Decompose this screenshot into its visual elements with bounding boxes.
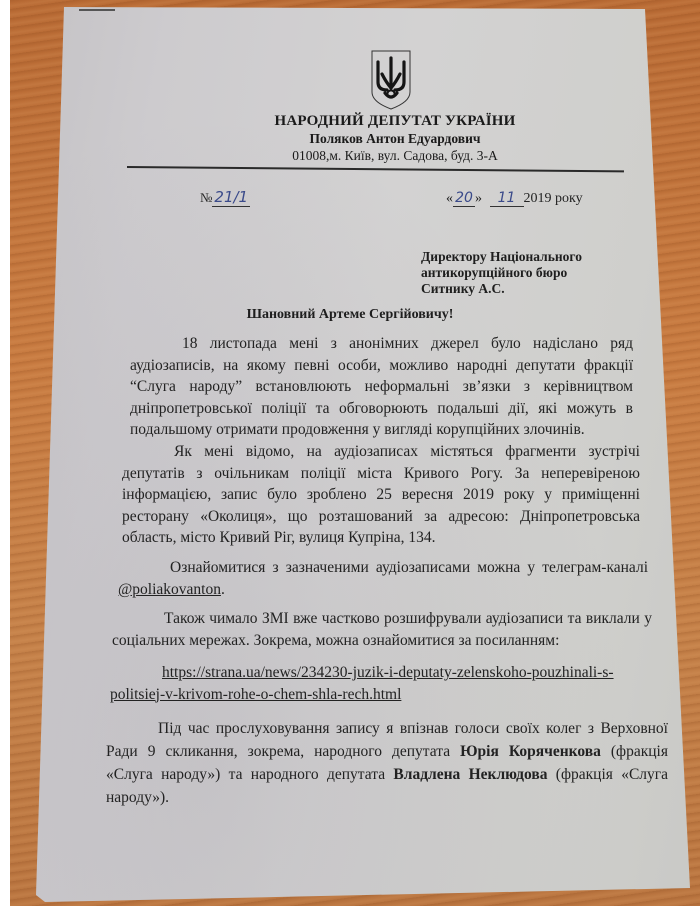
addressee-block: Директору Національного антикорупційного… — [421, 249, 582, 297]
paragraph-6: Під час прослуховування запису я впізнав… — [106, 717, 668, 809]
paragraph-1-text: 18 листопада мені з анонімних джерел бул… — [130, 335, 633, 438]
paragraph-3-text: Ознайомитися з зазначеними аудіозаписами… — [170, 559, 648, 576]
deputy-name-2: Владлена Неклюдова — [393, 766, 547, 783]
letterhead-address: 01008,м. Київ, вул. Садова, буд. 3-А — [180, 147, 610, 164]
date-close-quote: » — [475, 191, 482, 206]
date-year: 2019 року — [524, 191, 583, 206]
fold-mark — [79, 9, 115, 11]
trident-coat-of-arms-icon — [369, 48, 413, 111]
date-month: 11 — [490, 190, 524, 207]
paragraph-3-end: . — [221, 581, 225, 598]
letter-date: «20» 112019 року — [446, 190, 583, 207]
date-open-quote: « — [446, 191, 453, 206]
number-prefix: № — [200, 190, 212, 205]
paragraph-3: Ознайомитися з зазначеними аудіозаписами… — [118, 557, 648, 600]
letterhead: НАРОДНИЙ ДЕПУТАТ УКРАЇНИ Поляков Антон Е… — [180, 112, 610, 164]
addressee-line-2: антикорупційного бюро — [421, 265, 582, 281]
salutation: Шановний Артеме Сергійовичу! — [100, 307, 600, 323]
paragraph-1: 18 листопада мені з анонімних джерел бул… — [130, 333, 633, 441]
letterhead-title: НАРОДНИЙ ДЕПУТАТ УКРАЇНИ — [180, 112, 610, 130]
paragraph-4: Також чимало ЗМІ вже частково розшифрува… — [112, 608, 652, 651]
paragraph-2-text: Як мені відомо, на аудіозаписах містятьс… — [122, 443, 640, 546]
telegram-channel-link[interactable]: @poliakovanton — [118, 581, 221, 598]
addressee-line-3: Ситнику А.С. — [421, 281, 582, 297]
number-handwritten: 21/1 — [212, 188, 250, 207]
addressee-line-1: Директору Національного — [421, 249, 582, 265]
paragraph-5: https://strana.ua/news/234230-juzik-i-de… — [110, 662, 660, 705]
letterhead-name: Поляков Антон Едуардович — [180, 130, 610, 147]
paragraph-2: Як мені відомо, на аудіозаписах містятьс… — [122, 441, 640, 549]
registration-number: №21/1 — [200, 188, 250, 206]
strana-article-link-line-2[interactable]: politsiej-v-krivom-rohe-o-chem-shla-rech… — [110, 684, 660, 706]
date-day: 20 — [453, 190, 475, 207]
deputy-name-1: Юрія Коряченкова — [460, 743, 601, 760]
paragraph-4-text: Також чимало ЗМІ вже частково розшифрува… — [112, 610, 652, 649]
strana-article-link-line-1[interactable]: https://strana.ua/news/234230-juzik-i-de… — [110, 662, 660, 684]
